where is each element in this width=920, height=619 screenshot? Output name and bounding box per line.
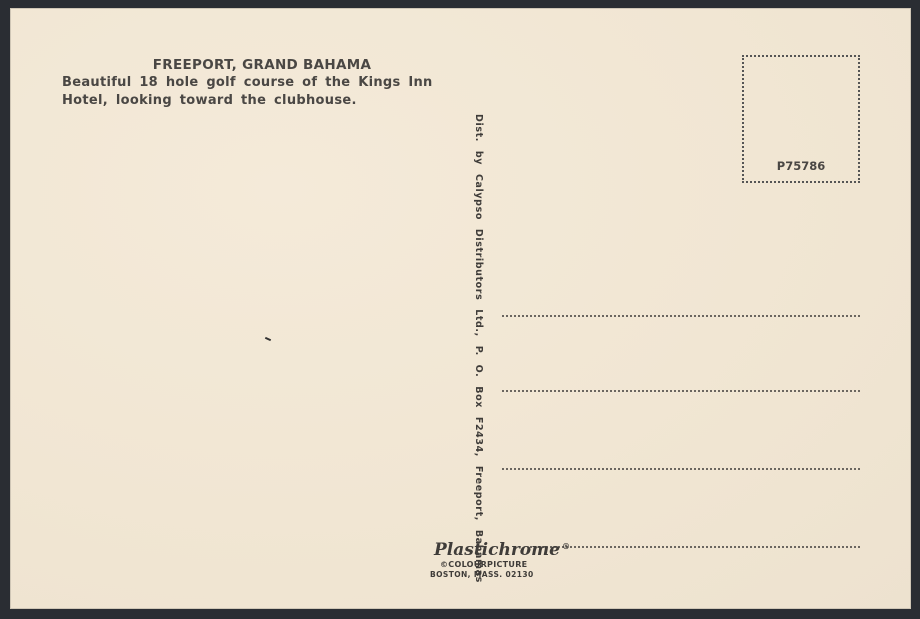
ink-speck: [265, 337, 271, 341]
address-line-1: [502, 315, 860, 317]
address-line-4: [530, 546, 860, 548]
publisher-tagline: ©COLOURPICTURE: [440, 560, 560, 570]
publisher-logo: Plastichrome ® ©COLOURPICTURE BOSTON, MA…: [430, 540, 560, 580]
caption-title: FREEPORT, GRAND BAHAMA: [72, 56, 452, 74]
caption: FREEPORT, GRAND BAHAMA Beautiful 18 hole…: [62, 56, 452, 110]
caption-line-1: Beautiful 18 hole golf course of the Kin…: [62, 74, 452, 92]
stamp-box: P75786: [742, 55, 860, 183]
postcard-back: FREEPORT, GRAND BAHAMA Beautiful 18 hole…: [10, 8, 911, 609]
registered-icon: ®: [562, 536, 570, 556]
brand-name: Plastichrome ®: [430, 540, 560, 560]
address-line-3: [502, 468, 860, 470]
distributor-text: Dist. by Calypso Distributors Ltd., P. O…: [473, 114, 484, 583]
stamp-code: P75786: [744, 159, 858, 173]
publisher-location: BOSTON, MASS. 02130: [430, 570, 560, 580]
brand-text: Plastichrome: [434, 540, 560, 560]
address-line-2: [502, 390, 860, 392]
caption-line-2: Hotel, looking toward the clubhouse.: [62, 92, 452, 110]
